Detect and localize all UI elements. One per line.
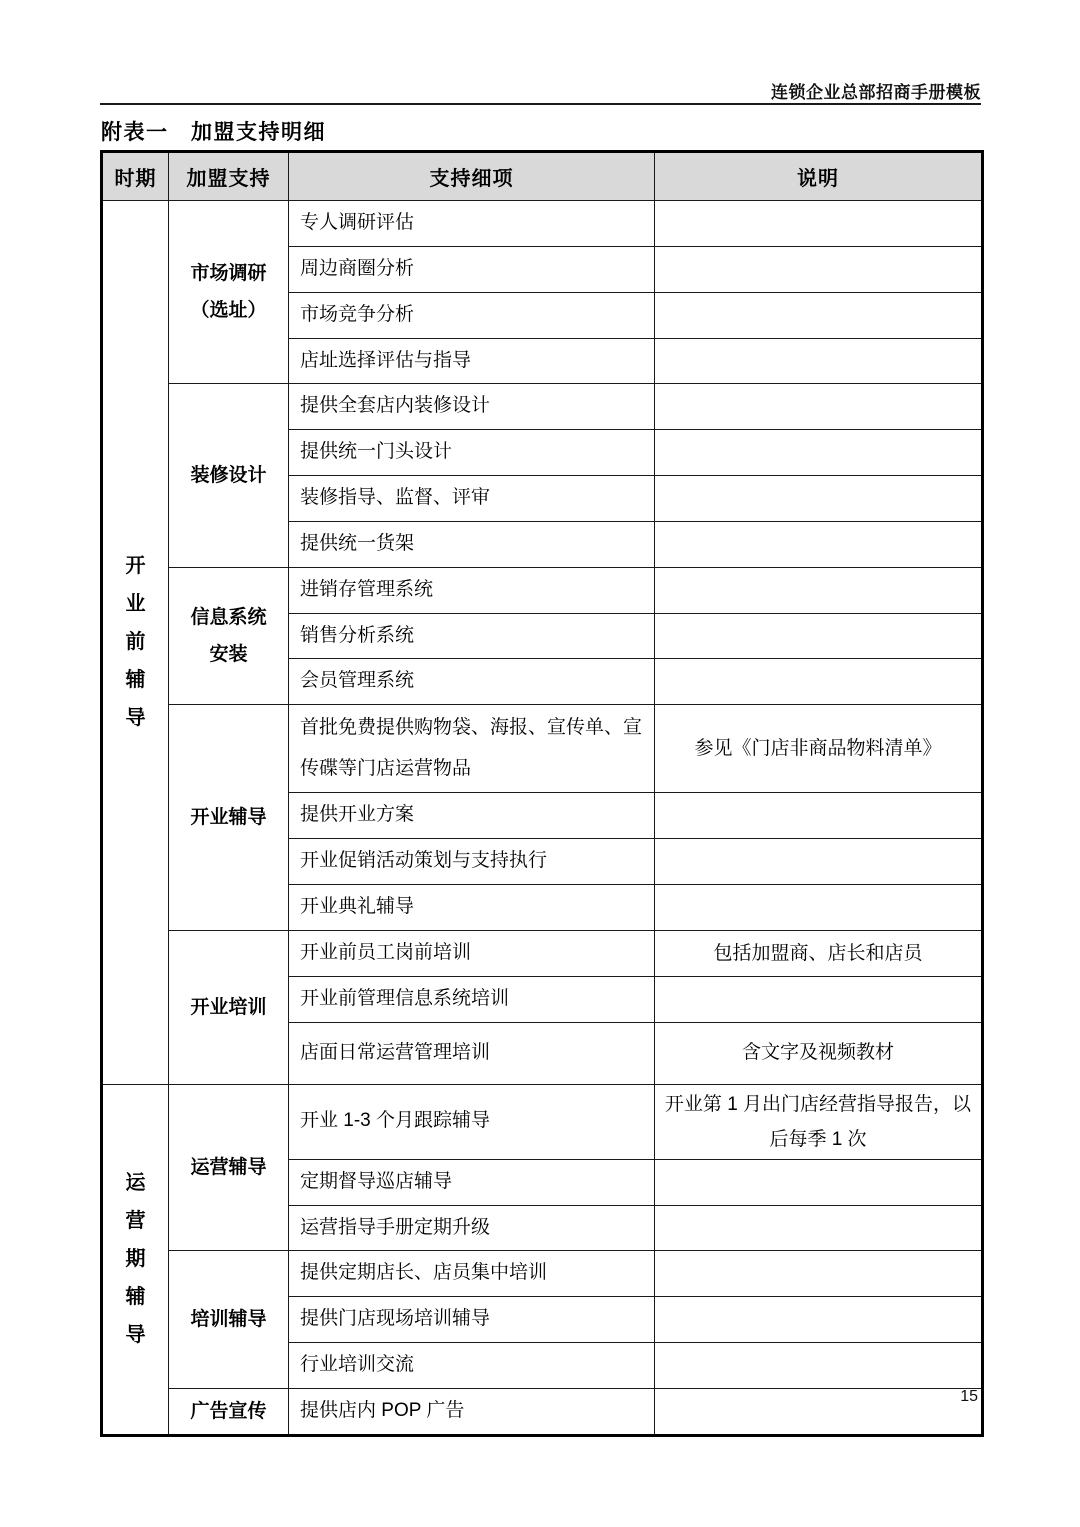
detail-cell: 专人调研评估 xyxy=(289,201,655,247)
table-row: 开业辅导 首批免费提供购物袋、海报、宣传单、宣传碟等门店运营物品 参见《门店非商… xyxy=(102,705,983,793)
note-cell xyxy=(655,384,983,430)
detail-cell: 提供统一门头设计 xyxy=(289,430,655,476)
note-cell xyxy=(655,793,983,839)
note-cell: 开业第 1 月出门店经营指导报告，以后每季 1 次 xyxy=(655,1084,983,1159)
group-cell-information-system: 信息系统安装 xyxy=(169,567,289,705)
note-cell: 包括加盟商、店长和店员 xyxy=(655,930,983,976)
note-cell xyxy=(655,201,983,247)
detail-cell: 开业前员工岗前培训 xyxy=(289,930,655,976)
detail-cell: 进销存管理系统 xyxy=(289,567,655,613)
note-cell xyxy=(655,1343,983,1389)
period-cell-operating: 运营期辅导 xyxy=(102,1084,169,1435)
detail-cell: 店面日常运营管理培训 xyxy=(289,1022,655,1084)
note-cell xyxy=(655,521,983,567)
column-header-note: 说明 xyxy=(655,152,983,201)
doc-header: 连锁企业总部招商手册模板 xyxy=(771,78,981,103)
detail-cell: 定期督导巡店辅导 xyxy=(289,1159,655,1205)
group-cell-operation-guidance: 运营辅导 xyxy=(169,1084,289,1251)
table-row: 运营期辅导 运营辅导 开业 1-3 个月跟踪辅导 开业第 1 月出门店经营指导报… xyxy=(102,1084,983,1159)
detail-cell: 开业 1-3 个月跟踪辅导 xyxy=(289,1084,655,1159)
group-cell-decoration-design: 装修设计 xyxy=(169,384,289,567)
page-number: 15 xyxy=(960,1388,978,1406)
detail-cell: 提供门店现场培训辅导 xyxy=(289,1297,655,1343)
note-cell xyxy=(655,1251,983,1297)
group-cell-advertising: 广告宣传 xyxy=(169,1389,289,1436)
note-cell xyxy=(655,430,983,476)
column-header-period: 时期 xyxy=(102,152,169,201)
detail-cell: 会员管理系统 xyxy=(289,659,655,705)
note-cell xyxy=(655,476,983,522)
detail-cell: 提供统一货架 xyxy=(289,521,655,567)
note-cell xyxy=(655,613,983,659)
period-label: 开业前辅导 xyxy=(125,547,147,737)
column-header-support: 加盟支持 xyxy=(169,152,289,201)
note-cell xyxy=(655,1297,983,1343)
detail-cell: 提供定期店长、店员集中培训 xyxy=(289,1251,655,1297)
table-row: 广告宣传 提供店内 POP 广告 xyxy=(102,1389,983,1436)
note-cell xyxy=(655,659,983,705)
detail-cell: 开业促销活动策划与支持执行 xyxy=(289,839,655,885)
detail-cell: 周边商圈分析 xyxy=(289,246,655,292)
column-header-detail: 支持细项 xyxy=(289,152,655,201)
support-table: 时期 加盟支持 支持细项 说明 开业前辅导 市场调研（选址） 专人调研评估 周边… xyxy=(100,150,984,1437)
detail-cell: 开业前管理信息系统培训 xyxy=(289,976,655,1022)
note-cell xyxy=(655,1205,983,1251)
detail-cell: 运营指导手册定期升级 xyxy=(289,1205,655,1251)
note-cell xyxy=(655,1159,983,1205)
period-cell-pre-opening: 开业前辅导 xyxy=(102,201,169,1085)
period-label: 运营期辅导 xyxy=(125,1164,147,1354)
detail-cell: 提供全套店内装修设计 xyxy=(289,384,655,430)
group-cell-training-guidance: 培训辅导 xyxy=(169,1251,289,1389)
header-divider xyxy=(100,103,981,105)
note-cell xyxy=(655,292,983,338)
note-cell xyxy=(655,567,983,613)
group-cell-opening-training: 开业培训 xyxy=(169,930,289,1084)
page-title: 附表一 加盟支持明细 xyxy=(101,116,326,146)
group-cell-market-research: 市场调研（选址） xyxy=(169,201,289,384)
note-cell xyxy=(655,976,983,1022)
table-row: 开业培训 开业前员工岗前培训 包括加盟商、店长和店员 xyxy=(102,930,983,976)
note-cell xyxy=(655,884,983,930)
group-cell-opening-guidance: 开业辅导 xyxy=(169,705,289,931)
note-cell xyxy=(655,839,983,885)
table-row: 培训辅导 提供定期店长、店员集中培训 xyxy=(102,1251,983,1297)
detail-cell: 行业培训交流 xyxy=(289,1343,655,1389)
table-row: 开业前辅导 市场调研（选址） 专人调研评估 xyxy=(102,201,983,247)
document-page: 连锁企业总部招商手册模板 附表一 加盟支持明细 时期 加盟支持 支持细项 说明 … xyxy=(0,0,1080,1527)
detail-cell: 市场竞争分析 xyxy=(289,292,655,338)
detail-cell: 提供开业方案 xyxy=(289,793,655,839)
note-cell: 含文字及视频教材 xyxy=(655,1022,983,1084)
detail-cell: 首批免费提供购物袋、海报、宣传单、宣传碟等门店运营物品 xyxy=(289,705,655,793)
table-row: 装修设计 提供全套店内装修设计 xyxy=(102,384,983,430)
detail-cell: 店址选择评估与指导 xyxy=(289,338,655,384)
detail-cell: 销售分析系统 xyxy=(289,613,655,659)
note-cell xyxy=(655,338,983,384)
detail-cell: 装修指导、监督、评审 xyxy=(289,476,655,522)
detail-cell: 开业典礼辅导 xyxy=(289,884,655,930)
note-cell xyxy=(655,246,983,292)
table-header-row: 时期 加盟支持 支持细项 说明 xyxy=(102,152,983,201)
table-row: 信息系统安装 进销存管理系统 xyxy=(102,567,983,613)
note-cell xyxy=(655,1389,983,1436)
note-cell: 参见《门店非商品物料清单》 xyxy=(655,705,983,793)
detail-cell: 提供店内 POP 广告 xyxy=(289,1389,655,1436)
